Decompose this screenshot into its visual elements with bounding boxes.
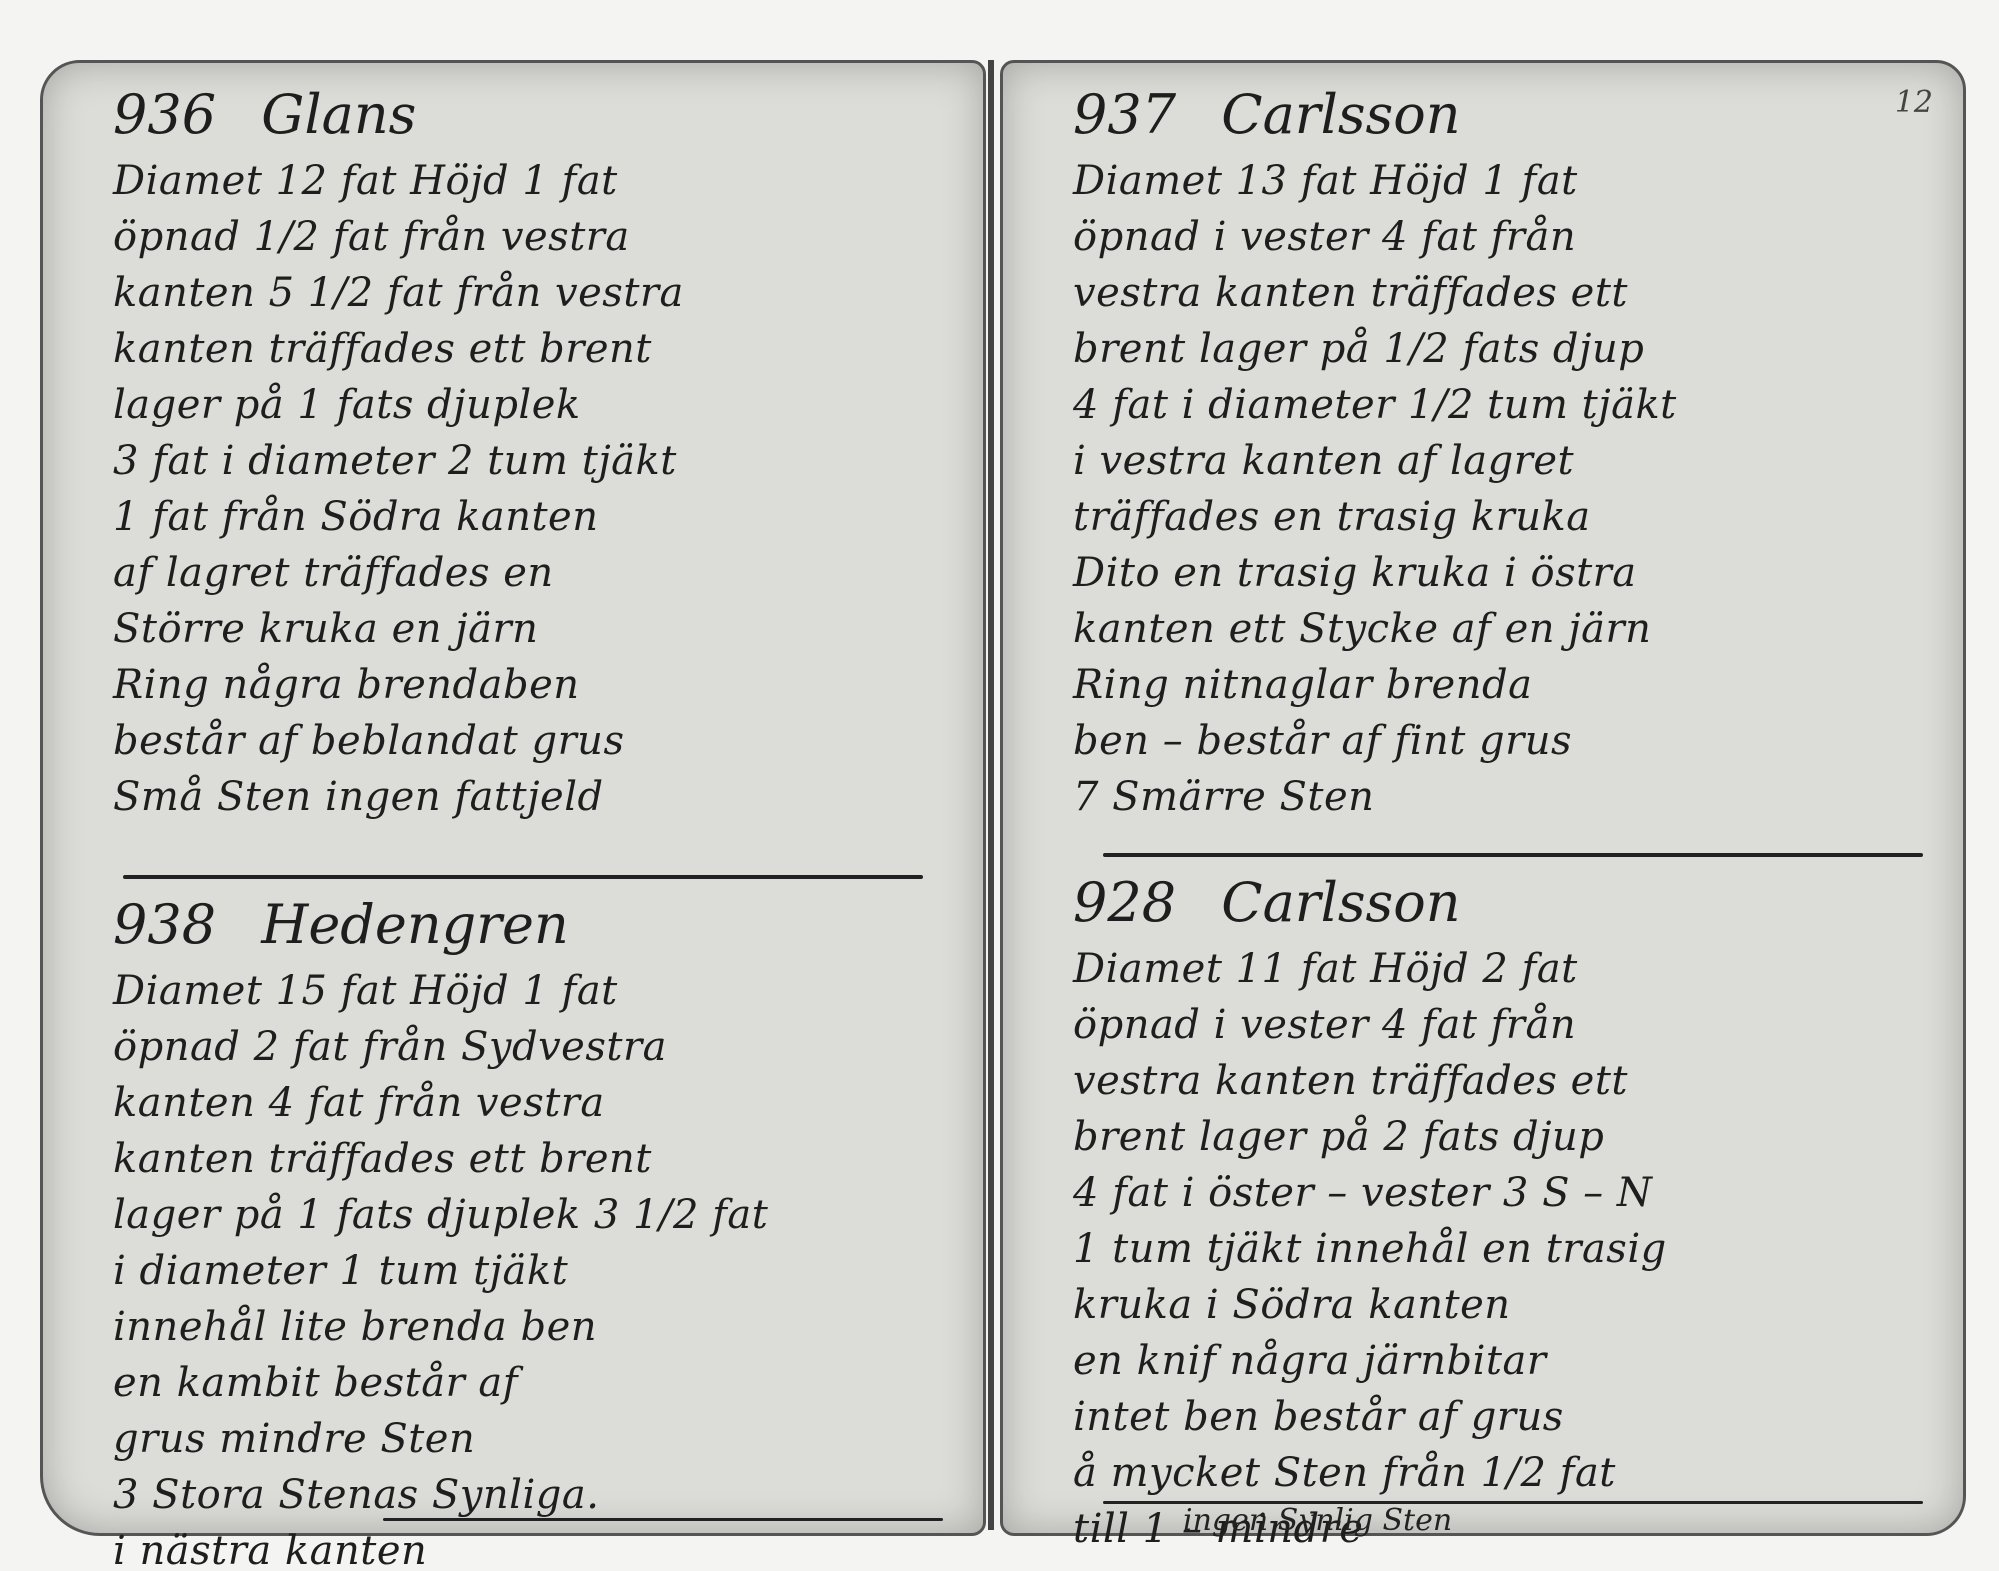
entry-line: en knif några järnbitar <box>1073 1333 1913 1389</box>
entry-line: kanten ett Stycke af en järn <box>1073 601 1913 657</box>
entry-928: 928 Carlsson Diamet 11 fat Höjd 2 fat öp… <box>1073 871 1913 1557</box>
entry-number: 938 <box>113 893 216 956</box>
entry-heading: 928 Carlsson <box>1073 871 1913 935</box>
entry-line: Diamet 13 fat Höjd 1 fat <box>1073 153 1913 209</box>
entry-line: öpnad 2 fat från Sydvestra <box>113 1019 933 1075</box>
entry-heading: 937 Carlsson <box>1073 83 1913 147</box>
entry-line: öpnad i vester 4 fat från <box>1073 209 1913 265</box>
entry-name: Carlsson <box>1221 83 1460 146</box>
entry-heading: 938 Hedengren <box>113 893 933 957</box>
entry-line: vestra kanten träffades ett <box>1073 265 1913 321</box>
entry-line: kanten 5 1/2 fat från vestra <box>113 265 933 321</box>
entry-line: Större kruka en järn <box>113 601 933 657</box>
entry-line: i diameter 1 tum tjäkt <box>113 1243 933 1299</box>
entry-line: 4 fat i diameter 1/2 tum tjäkt <box>1073 377 1913 433</box>
notebook-spine <box>988 60 994 1530</box>
divider-line <box>383 1518 943 1521</box>
entry-line: 7 Smärre Sten <box>1073 769 1913 825</box>
entry-line: kanten 4 fat från vestra <box>113 1075 933 1131</box>
entry-line: grus mindre Sten <box>113 1411 933 1467</box>
entry-line: 4 fat i öster – vester 3 S – N <box>1073 1165 1913 1221</box>
entry-line: träffades en trasig kruka <box>1073 489 1913 545</box>
entry-938: 938 Hedengren Diamet 15 fat Höjd 1 fat ö… <box>113 893 933 1571</box>
entry-line: innehål lite brenda ben <box>113 1299 933 1355</box>
entry-line: brent lager på 2 fats djup <box>1073 1109 1913 1165</box>
entry-line: Ring nitnaglar brenda <box>1073 657 1913 713</box>
right-notebook-page: 12 937 Carlsson Diamet 13 fat Höjd 1 fat… <box>1000 60 1966 1536</box>
entry-number: 937 <box>1073 83 1176 146</box>
entry-line: en kambit består af <box>113 1355 933 1411</box>
entry-937: 937 Carlsson Diamet 13 fat Höjd 1 fat öp… <box>1073 83 1913 825</box>
entry-line: öpnad 1/2 fat från vestra <box>113 209 933 265</box>
entry-line: brent lager på 1/2 fats djup <box>1073 321 1913 377</box>
entry-line: Små Sten ingen fattjeld <box>113 769 933 825</box>
entry-line: af lagret träffades en <box>113 545 933 601</box>
entry-line: kanten träffades ett brent <box>113 321 933 377</box>
entry-936: 936 Glans Diamet 12 fat Höjd 1 fat öpnad… <box>113 83 933 825</box>
entry-name: Hedengren <box>261 893 568 956</box>
entry-line: 3 fat i diameter 2 tum tjäkt <box>113 433 933 489</box>
divider-line <box>123 875 923 879</box>
entry-line: i nästra kanten <box>113 1523 933 1571</box>
entry-line: 3 Stora Stenas Synliga. <box>113 1467 933 1523</box>
entry-line: kruka i Södra kanten <box>1073 1277 1913 1333</box>
entry-line: 1 fat från Södra kanten <box>113 489 933 545</box>
entry-line: Diamet 15 fat Höjd 1 fat <box>113 963 933 1019</box>
entry-line: vestra kanten träffades ett <box>1073 1053 1913 1109</box>
entry-number: 928 <box>1073 871 1176 934</box>
entry-line: Diamet 11 fat Höjd 2 fat <box>1073 941 1913 997</box>
entry-line: lager på 1 fats djuplek 3 1/2 fat <box>113 1187 933 1243</box>
left-notebook-page: 936 Glans Diamet 12 fat Höjd 1 fat öpnad… <box>40 60 986 1536</box>
footnote: ingen Synlig Sten <box>1183 1503 1452 1538</box>
entry-name: Carlsson <box>1221 871 1460 934</box>
entry-line: i vestra kanten af lagret <box>1073 433 1913 489</box>
divider-line <box>1103 853 1923 857</box>
entry-heading: 936 Glans <box>113 83 933 147</box>
entry-number: 936 <box>113 83 216 146</box>
entry-line: Dito en trasig kruka i östra <box>1073 545 1913 601</box>
entry-line: intet ben består af grus <box>1073 1389 1913 1445</box>
entry-line: består af beblandat grus <box>113 713 933 769</box>
entry-line: öpnad i vester 4 fat från <box>1073 997 1913 1053</box>
entry-line: å mycket Sten från 1/2 fat <box>1073 1445 1913 1501</box>
entry-line: ben – består af fint grus <box>1073 713 1913 769</box>
entry-line: 1 tum tjäkt innehål en trasig <box>1073 1221 1913 1277</box>
entry-line: Diamet 12 fat Höjd 1 fat <box>113 153 933 209</box>
entry-line: lager på 1 fats djuplek <box>113 377 933 433</box>
entry-line: Ring några brendaben <box>113 657 933 713</box>
entry-name: Glans <box>261 83 416 146</box>
entry-line: kanten träffades ett brent <box>113 1131 933 1187</box>
